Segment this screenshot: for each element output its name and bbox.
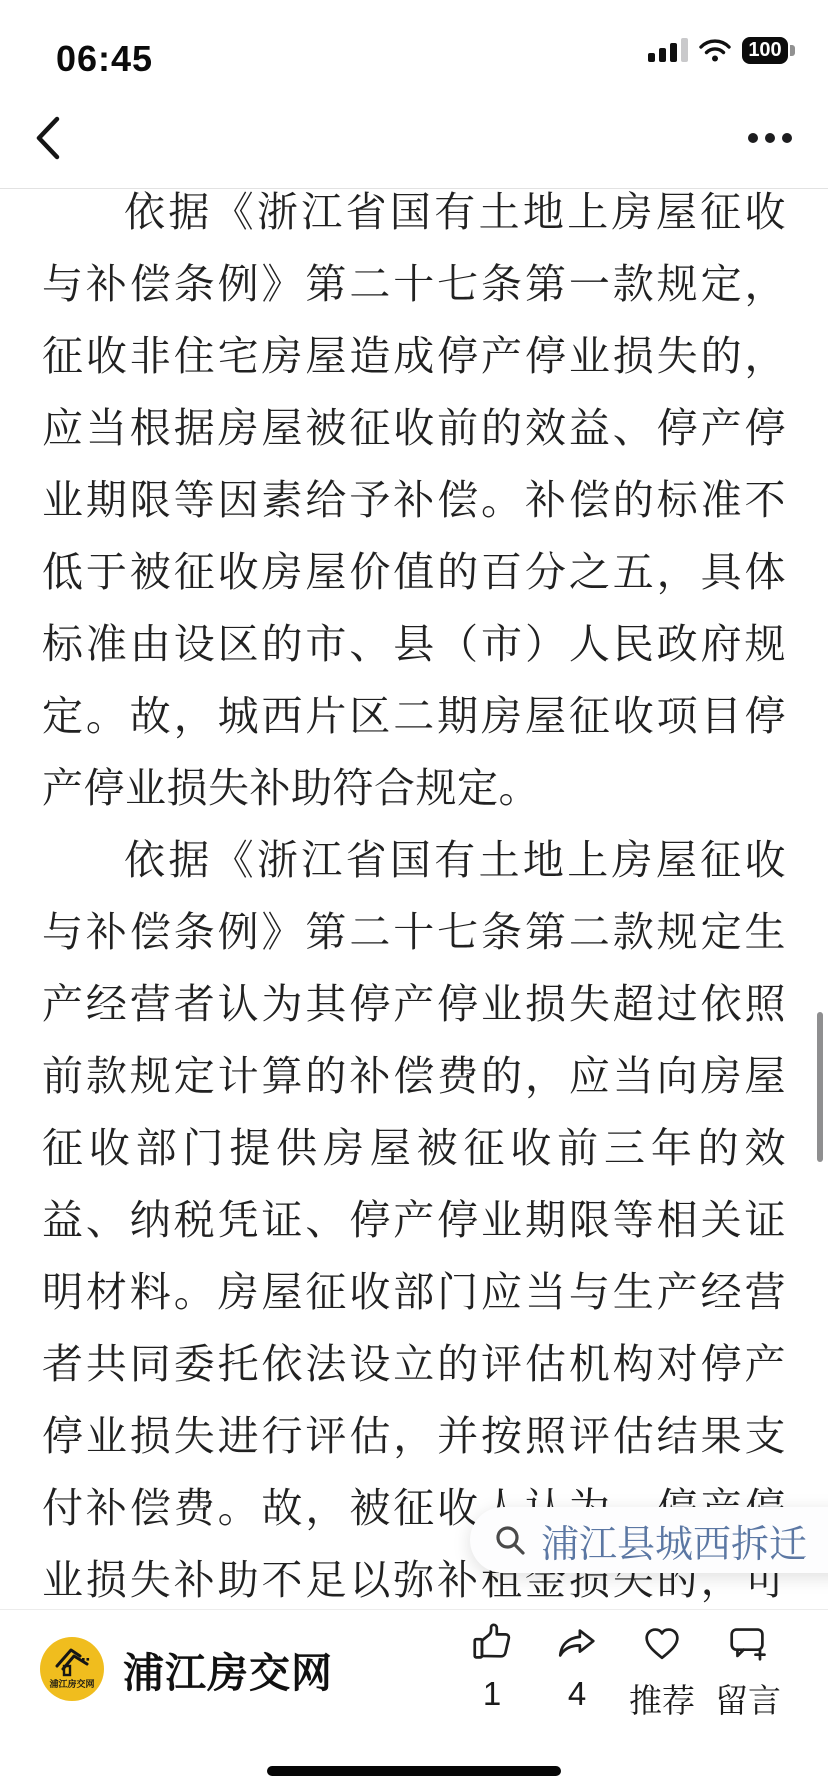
- battery-nub: [790, 45, 795, 56]
- like-button[interactable]: 1: [447, 1620, 537, 1713]
- site-logo: 浦江房交网: [40, 1637, 104, 1701]
- more-button[interactable]: [734, 112, 806, 164]
- comment-label: 留言: [703, 1675, 793, 1722]
- search-query-text: 浦江县城西拆迁: [541, 1513, 807, 1568]
- comment-bubble-icon: [725, 1620, 771, 1666]
- recommend-label: 推荐: [617, 1675, 707, 1722]
- paragraph-1: 依据《浙江省国有土地上房屋征收与补偿条例》第二十七条第一款规定，征收非住宅房屋造…: [42, 176, 786, 824]
- chevron-left-icon: [35, 115, 61, 161]
- scrollbar-thumb[interactable]: [817, 1012, 823, 1162]
- recommend-button[interactable]: 推荐: [617, 1620, 707, 1722]
- home-indicator[interactable]: [267, 1766, 561, 1776]
- back-button[interactable]: [18, 100, 78, 176]
- search-icon: [492, 1522, 528, 1558]
- phone-screen: 06:45 100 依据《浙江省国有土地上房屋征收与补偿条例》第二十七条第一款规…: [0, 0, 828, 1792]
- comment-button[interactable]: 留言: [703, 1620, 793, 1722]
- status-time: 06:45: [56, 38, 153, 80]
- house-logo-icon: [47, 1642, 97, 1678]
- logo-text: 浦江房交网: [40, 1677, 104, 1690]
- site-brand-link[interactable]: 浦江房交网 浦江房交网: [40, 1637, 333, 1701]
- like-count: 1: [447, 1675, 537, 1713]
- share-button[interactable]: 4: [532, 1620, 622, 1713]
- heart-icon: [639, 1620, 685, 1666]
- cellular-signal-icon: [648, 38, 688, 62]
- battery-icon: 100: [742, 37, 788, 64]
- share-count: 4: [532, 1675, 622, 1713]
- thumbs-up-icon: [469, 1620, 515, 1666]
- footer-bar: 浦江房交网 浦江房交网 1 4 推荐: [0, 1609, 828, 1792]
- wifi-icon: [698, 37, 732, 68]
- brand-name: 浦江房交网: [123, 1640, 333, 1699]
- search-pill[interactable]: 浦江县城西拆迁: [470, 1507, 828, 1573]
- ellipsis-icon: [748, 133, 758, 143]
- share-arrow-icon: [554, 1620, 600, 1666]
